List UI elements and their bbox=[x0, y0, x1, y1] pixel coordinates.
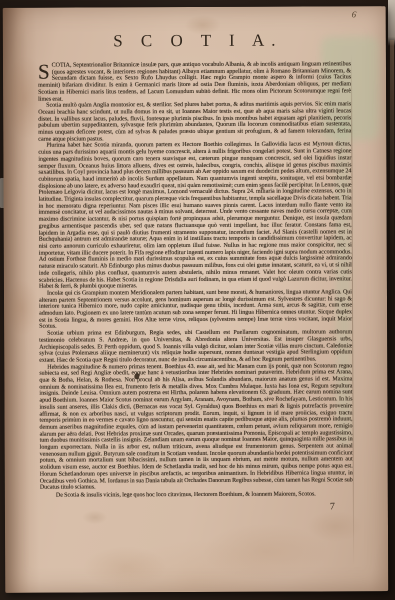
page-number: 7 bbox=[330, 501, 336, 512]
binding-gutter-shadow bbox=[3, 8, 40, 593]
paragraph-intro-text: COTIA, Septentrionalior Britannicæ insul… bbox=[38, 61, 351, 102]
paragraph-geography: Scotia multò quàm Anglia montosior est, … bbox=[38, 102, 351, 144]
paragraph-closing: De Scotia & insulis vicinis, lege quos h… bbox=[40, 491, 353, 499]
book-page: 6 S C O T I A. SCOTIA, Septentrionalior … bbox=[3, 6, 389, 593]
paragraph-urbes: Scotiæ urbium prima est Edinburgum, Regi… bbox=[39, 329, 352, 364]
paragraph-miranda: Plurima habet hæc Scotia miranda, quorum… bbox=[38, 142, 352, 291]
paragraph-hebrides: Hebrides magnitudine & numero primas ten… bbox=[39, 363, 353, 492]
paragraph-intro: SCOTIA, Septentrionalior Britannicæ insu… bbox=[38, 61, 351, 103]
text-block: S C O T I A. SCOTIA, Septentrionalior Br… bbox=[38, 30, 353, 499]
paragraph-incolae: Incolæ qui cis Grampium montem Meridiona… bbox=[39, 289, 352, 331]
drop-cap: S bbox=[38, 63, 52, 81]
page-title: S C O T I A. bbox=[38, 30, 351, 51]
book-fore-edge bbox=[390, 40, 394, 280]
photo-background: 6 S C O T I A. SCOTIA, Septentrionalior … bbox=[0, 0, 395, 600]
handwritten-mark: 6 bbox=[351, 9, 357, 20]
